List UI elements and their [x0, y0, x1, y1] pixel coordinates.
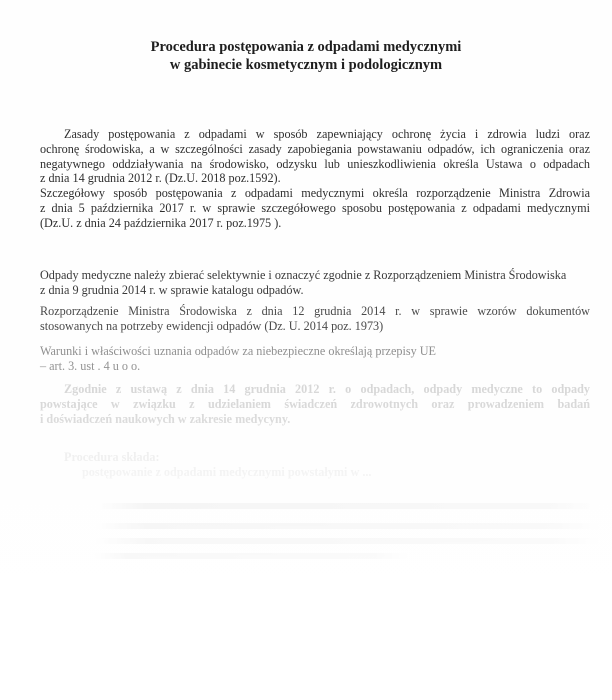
paragraph-waste-law: Zasady postępowania z odpadami w sposób …: [40, 127, 590, 231]
text-line: Zasady postępowania z odpadami w sposób …: [40, 127, 590, 142]
faded-line: [95, 523, 600, 529]
text-line: z dnia 14 grudnia 2012 r. (Dz.U. 2018 po…: [40, 171, 590, 186]
paragraph-medical-waste-definition: Zgodnie z ustawą z dnia 14 grudnia 2012 …: [40, 382, 590, 426]
text-line: Rozporządzenie Ministra Środowiska z dni…: [40, 304, 590, 319]
faded-illegible-text: [95, 503, 600, 568]
title-line-1: Procedura postępowania z odpadami medycz…: [0, 38, 612, 56]
text-line: Szczegółowy sposób postępowania z odpada…: [40, 186, 590, 201]
procedure-heading: Procedura składa:: [40, 450, 590, 465]
faded-line: [95, 503, 600, 509]
faded-line: [95, 553, 408, 559]
document-title: Procedura postępowania z odpadami medycz…: [0, 38, 612, 74]
text-line: – art. 3. ust . 4 u o o.: [40, 359, 590, 374]
text-line: (Dz.U. z dnia 24 października 2017 r. po…: [40, 216, 590, 231]
text-line: stosowanych na potrzeby ewidencji odpadó…: [40, 319, 590, 334]
document-page: Procedura postępowania z odpadami medycz…: [0, 0, 612, 700]
paragraph-procedure: Procedura składa: postępowanie z odpadam…: [40, 450, 590, 480]
text-line: powstające w związku z udzielaniem świad…: [40, 397, 590, 412]
paragraph-selective-collection: Odpady medyczne należy zbierać selektywn…: [40, 268, 590, 298]
faded-line: [95, 538, 600, 544]
text-line: negatywnego oddziaływania na środowisko,…: [40, 157, 590, 172]
text-line: i doświadczeń naukowych w zakresie medyc…: [40, 412, 590, 427]
paragraph-eu-regulations: Warunki i właściwości uznania odpadów za…: [40, 344, 590, 374]
text-line: ochronę środowiska, a w szczególności za…: [40, 142, 590, 157]
text-line: Zgodnie z ustawą z dnia 14 grudnia 2012 …: [40, 382, 590, 397]
text-line: Odpady medyczne należy zbierać selektywn…: [40, 268, 590, 283]
paragraph-records-regulation: Rozporządzenie Ministra Środowiska z dni…: [40, 304, 590, 334]
text-line: Warunki i właściwości uznania odpadów za…: [40, 344, 590, 359]
title-line-2: w gabinecie kosmetycznym i podologicznym: [0, 56, 612, 74]
text-line: z dnia 9 grudnia 2014 r. w sprawie katal…: [40, 283, 590, 298]
text-line: z dnia 5 października 2017 r. w sprawie …: [40, 201, 590, 216]
procedure-subitem: postępowanie z odpadami medycznymi powst…: [40, 465, 590, 480]
